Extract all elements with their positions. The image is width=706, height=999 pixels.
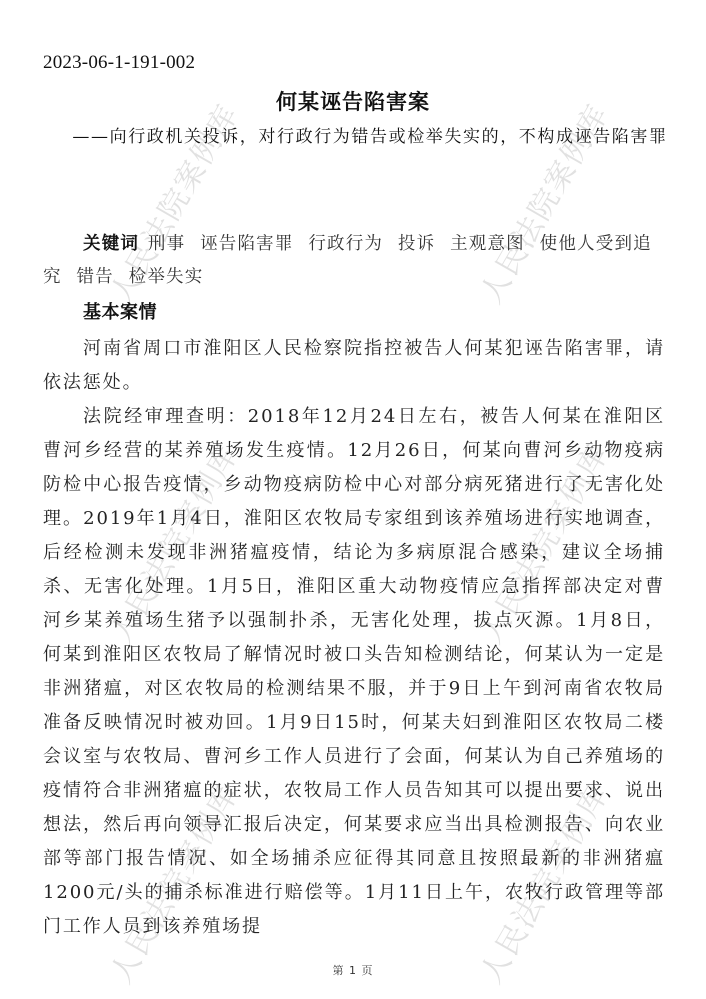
keyword-item: 检举失实: [129, 267, 204, 287]
keyword-item: 刑事: [148, 234, 185, 254]
keyword-item: 主观意图: [450, 234, 525, 254]
keyword-item: 行政行为: [308, 234, 383, 254]
section-body: 河南省周口市淮阳区人民检察院指控被告人何某犯诬告陷害罪，请依法惩处。 法院经审理…: [43, 332, 665, 944]
section-heading-basic-facts: 基本案情: [83, 298, 157, 324]
document-subtitle: ——向行政机关投诉，对行政行为错告或检举失实的，不构成诬告陷害罪: [70, 120, 670, 154]
case-number: 2023-06-1-191-002: [43, 52, 195, 74]
document-page: 人民法院案例库 人民法院案例库 人民法院案例库 人民法院案例库 人民法院案例库 …: [0, 0, 706, 999]
keywords-label: 关键词: [83, 234, 139, 254]
keyword-item: 错告: [76, 267, 113, 287]
paragraph: 法院经审理查明：2018年12月24日左右，被告人何某在淮阳区曹河乡经营的某养殖…: [43, 400, 665, 944]
paragraph: 河南省周口市淮阳区人民检察院指控被告人何某犯诬告陷害罪，请依法惩处。: [43, 332, 665, 400]
document-title: 何某诬告陷害案: [0, 86, 706, 116]
keyword-item: 投诉: [398, 234, 435, 254]
keywords-block: 关键词 刑事 诬告陷害罪 行政行为 投诉 主观意图 使他人受到追究 错告 检举失…: [43, 228, 665, 294]
page-number: 第 1 页: [0, 962, 706, 978]
keyword-item: 诬告陷害罪: [200, 234, 294, 254]
